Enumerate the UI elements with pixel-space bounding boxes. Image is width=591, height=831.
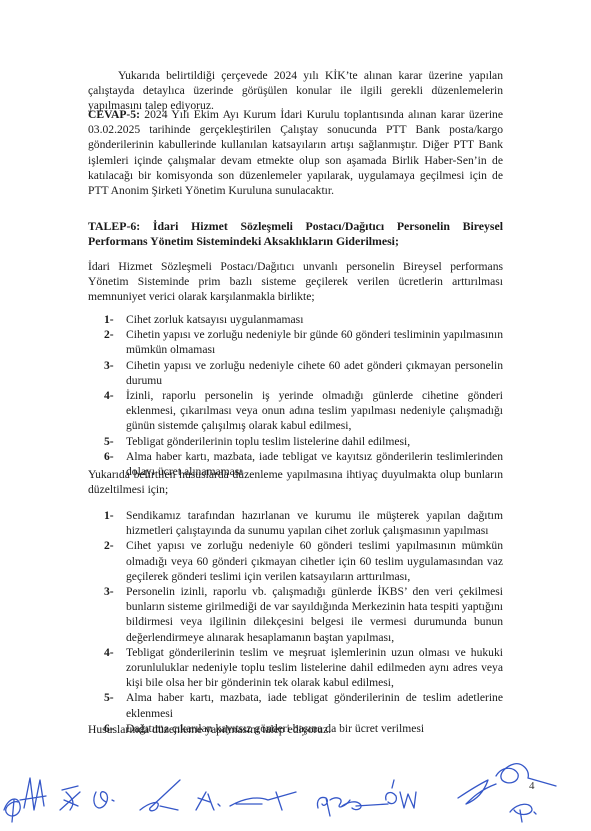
list-item: 4-Tebligat gönderilerinin teslim ve meşr…	[88, 645, 503, 691]
requests-list: 1-Sendikamız tarafından hazırlanan ve ku…	[88, 508, 503, 736]
list-item-text: Tebligat gönderilerinin teslim ve meşrua…	[126, 646, 503, 689]
problems-list: 1-Cihet zorluk katsayısı uygulanmaması2-…	[88, 312, 503, 479]
middle-paragraph: Yukarıda belirtilen hususlarda düzenleme…	[88, 467, 503, 497]
signature-4	[94, 792, 114, 808]
list-item-number: 5-	[104, 690, 114, 705]
signature-2	[20, 778, 46, 810]
list-item-number: 2-	[104, 327, 114, 342]
list-item: 5-Tebligat gönderilerinin toplu teslim l…	[88, 434, 503, 449]
cevap-5-paragraph: CEVAP-5: 2024 Yılı Ekim Ayı Kurum İdari …	[88, 107, 503, 198]
list-item-number: 1-	[104, 312, 114, 327]
signature-10	[386, 780, 416, 808]
list-item-number: 4-	[104, 645, 114, 660]
signature-1	[4, 799, 20, 822]
list-item: 2-Cihetin yapısı ve zorluğu nedeniyle bi…	[88, 327, 503, 357]
list-item-number: 6-	[104, 449, 114, 464]
signature-6	[196, 792, 220, 810]
signature-12	[510, 804, 536, 822]
signature-3	[60, 786, 80, 810]
signature-5	[140, 780, 180, 811]
list-item-text: Personelin izinli, raporlu vb. çalışmadı…	[126, 585, 503, 644]
list-item-text: Cihet yapısı ve zorluğu nedeniyle 60 gön…	[126, 539, 503, 582]
signature-8	[317, 797, 350, 816]
list-item: 1-Sendikamız tarafından hazırlanan ve ku…	[88, 508, 503, 538]
list-item: 5-Alma haber kartı, mazbata, iade teblig…	[88, 690, 503, 720]
signature-7	[230, 792, 296, 810]
cevap-5-text: 2024 Yılı Ekim Ayı Kurum İdari Kurulu to…	[88, 108, 503, 197]
list-item-text: Tebligat gönderilerinin toplu teslim lis…	[126, 435, 410, 448]
list-item-number: 5-	[104, 434, 114, 449]
signatures	[0, 740, 591, 831]
list-item-number: 4-	[104, 388, 114, 403]
signature-9	[342, 802, 388, 810]
list-item-text: Cihet zorluk katsayısı uygulanmaması	[126, 313, 303, 326]
list-item: 3-Personelin izinli, raporlu vb. çalışma…	[88, 584, 503, 645]
list-item-text: İzinli, raporlu personelin iş yerinde ol…	[126, 389, 503, 432]
document-page: Yukarıda belirtildiği çerçevede 2024 yıl…	[0, 0, 591, 831]
list-item: 3-Cihetin yapısı ve zorluğu nedeniyle ci…	[88, 358, 503, 388]
closing-paragraph: Hususlarında düzenleme yapılmasını talep…	[88, 722, 503, 737]
talep-6-heading: TALEP-6: İdari Hizmet Sözleşmeli Postacı…	[88, 219, 503, 249]
signature-11	[458, 764, 556, 804]
cevap-5-label: CEVAP-5:	[88, 108, 140, 121]
list-item-number: 3-	[104, 358, 114, 373]
list-item-text: Cihetin yapısı ve zorluğu nedeniyle cihe…	[126, 359, 503, 387]
list-item-number: 1-	[104, 508, 114, 523]
list-item-text: Cihetin yapısı ve zorluğu nedeniyle bir …	[126, 328, 503, 356]
talep-6-intro: İdari Hizmet Sözleşmeli Postacı/Dağıtıcı…	[88, 259, 503, 305]
list-item-number: 3-	[104, 584, 114, 599]
list-item: 2-Cihet yapısı ve zorluğu nedeniyle 60 g…	[88, 538, 503, 584]
list-item-number: 2-	[104, 538, 114, 553]
list-item: 1-Cihet zorluk katsayısı uygulanmaması	[88, 312, 503, 327]
list-item-text: Alma haber kartı, mazbata, iade tebligat…	[126, 691, 503, 719]
list-item-text: Sendikamız tarafından hazırlanan ve kuru…	[126, 509, 503, 537]
page-number: 4	[529, 780, 535, 792]
list-item: 4-İzinli, raporlu personelin iş yerinde …	[88, 388, 503, 434]
